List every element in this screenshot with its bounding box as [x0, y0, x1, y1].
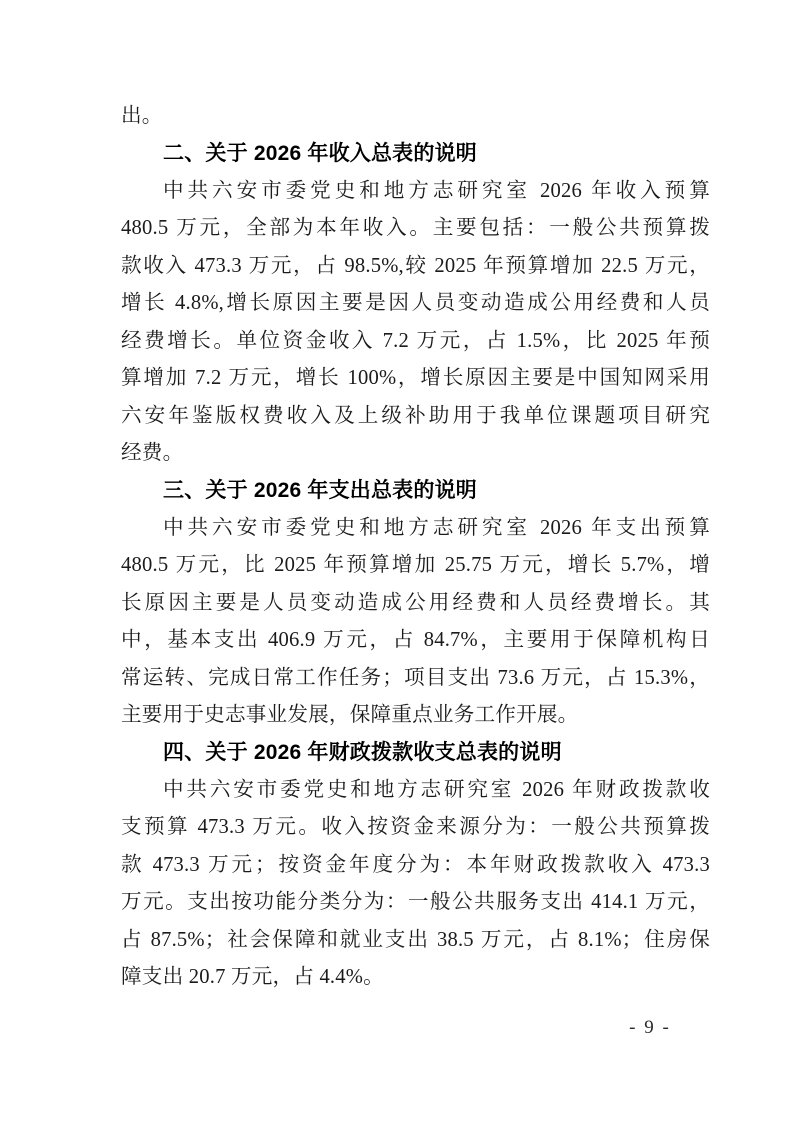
- text-line: 480.5 万元，比 2025 年预算增加 25.75 万元，增长 5.7%，增: [121, 547, 710, 584]
- text-line: 中共六安市委党史和地方志研究室 2026 年收入预算: [121, 173, 710, 210]
- text-line: 支预算 473.3 万元。收入按资金来源分为：一般公共预算拨: [121, 809, 710, 846]
- text-line: 常运转、完成日常工作任务；项目支出 73.6 万元，占 15.3%，: [121, 660, 710, 697]
- text-line: 出。: [121, 98, 710, 135]
- text-line: 算增加 7.2 万元，增长 100%，增长原因主要是中国知网采用: [121, 360, 710, 397]
- text-line: 增长 4.8%,增长原因主要是因人员变动造成公用经费和人员: [121, 285, 710, 322]
- text-line: 款收入 473.3 万元，占 98.5%,较 2025 年预算增加 22.5 万…: [121, 248, 710, 285]
- text-line: 长原因主要是人员变动造成公用经费和人员经费增长。其: [121, 585, 710, 622]
- text-line: 障支出 20.7 万元，占 4.4%。: [121, 959, 710, 996]
- text-line: 占 87.5%；社会保障和就业支出 38.5 万元，占 8.1%；住房保: [121, 922, 710, 959]
- section-heading: 四、关于 2026 年财政拨款收支总表的说明: [121, 734, 710, 771]
- text-line: 中共六安市委党史和地方志研究室 2026 年支出预算: [121, 510, 710, 547]
- text-line: 款 473.3 万元；按资金年度分为：本年财政拨款收入 473.3: [121, 847, 710, 884]
- page-number: - 9 -: [602, 1016, 698, 1040]
- document-page: 出。 二、关于 2026 年收入总表的说明 中共六安市委党史和地方志研究室 20…: [0, 0, 793, 1122]
- document-body: 出。 二、关于 2026 年收入总表的说明 中共六安市委党史和地方志研究室 20…: [121, 98, 710, 997]
- text-line: 经费。: [121, 435, 710, 472]
- text-line: 经费增长。单位资金收入 7.2 万元，占 1.5%，比 2025 年预: [121, 323, 710, 360]
- section-heading: 三、关于 2026 年支出总表的说明: [121, 472, 710, 509]
- section-heading: 二、关于 2026 年收入总表的说明: [121, 135, 710, 172]
- text-line: 六安年鉴版权费收入及上级补助用于我单位课题项目研究: [121, 398, 710, 435]
- text-line: 中共六安市委党史和地方志研究室 2026 年财政拨款收: [121, 772, 710, 809]
- text-line: 480.5 万元，全部为本年收入。主要包括：一般公共预算拨: [121, 210, 710, 247]
- text-line: 万元。支出按功能分类分为：一般公共服务支出 414.1 万元，: [121, 884, 710, 921]
- text-line: 主要用于史志事业发展，保障重点业务工作开展。: [121, 697, 710, 734]
- text-line: 中，基本支出 406.9 万元，占 84.7%，主要用于保障机构日: [121, 622, 710, 659]
